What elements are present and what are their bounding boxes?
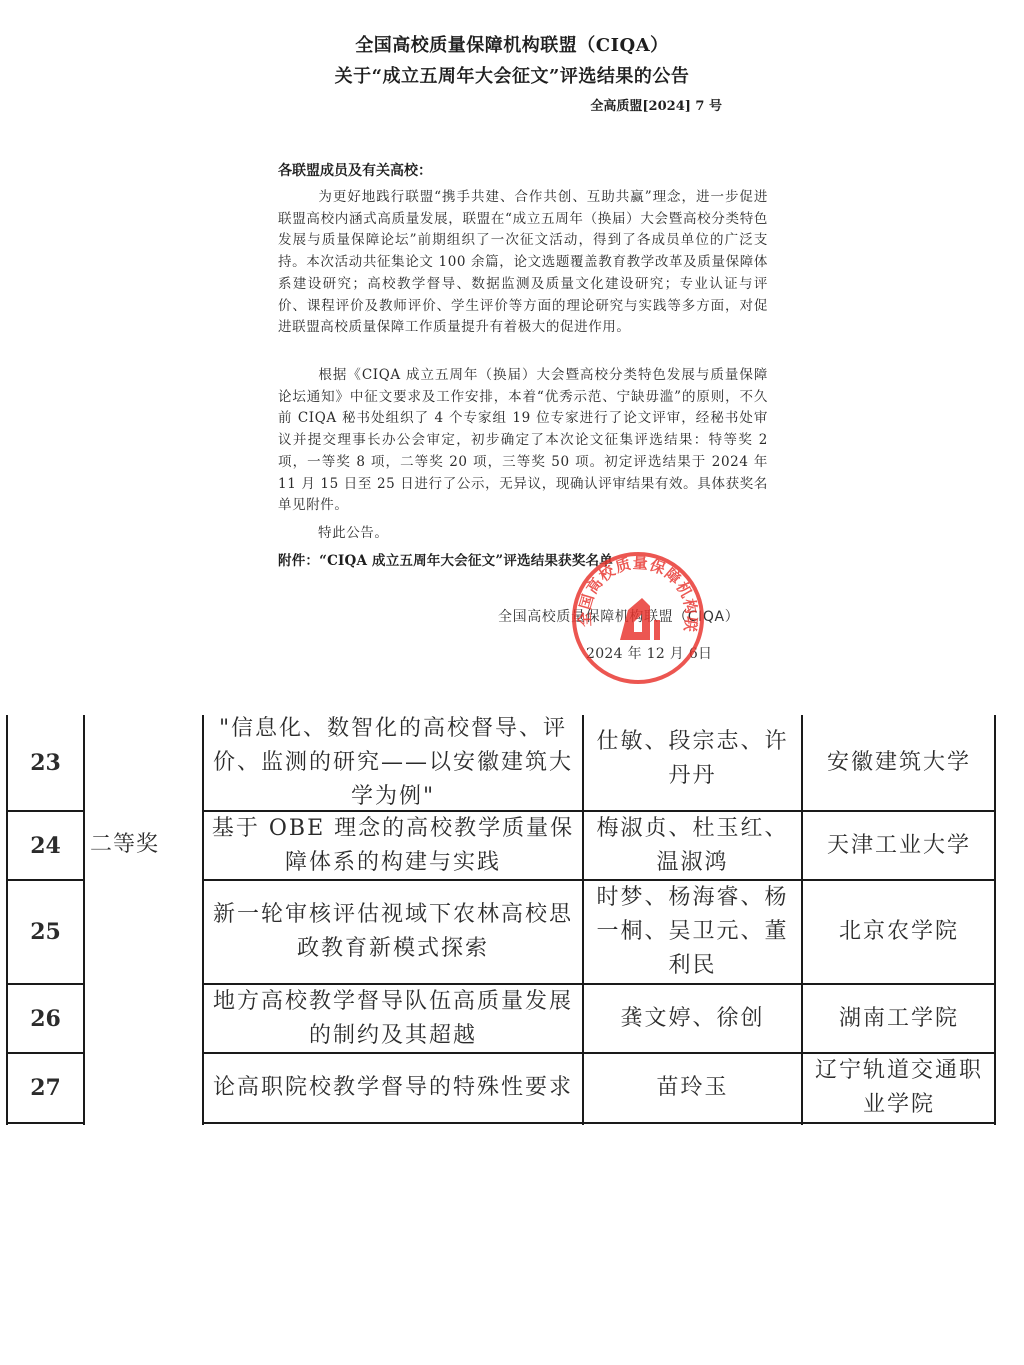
paper-title: 新一轮审核评估视域下农林高校思政教育新模式探索 [210, 881, 576, 983]
row-number: 25 [8, 881, 83, 983]
authors: 梅淑贞、杜玉红、温淑鸿 [590, 812, 795, 879]
paper-title: 地方高校教学督导队伍高质量发展的制约及其超越 [210, 985, 576, 1052]
table-col-divider [582, 715, 584, 1125]
institution: 安徽建筑大学 [805, 715, 993, 810]
table-col-divider [83, 715, 85, 1125]
table-border-bottom [202, 1122, 996, 1124]
table-col-divider [202, 715, 204, 1125]
authors: 龚文婷、徐创 [590, 985, 795, 1052]
paper-title: "信息化、数智化的高校督导、评价、监测的研究——以安徽建筑大学为例" [210, 715, 576, 810]
table-border-right [994, 715, 996, 1125]
institution: 湖南工学院 [805, 985, 993, 1052]
institution: 北京农学院 [805, 881, 993, 983]
official-seal-icon: 全国高校质量保障机构联盟 [570, 550, 706, 686]
row-number: 26 [8, 985, 83, 1052]
seal-text: 全国高校质量保障机构联盟 [570, 550, 700, 634]
row-number: 27 [8, 1054, 83, 1122]
table-col-divider [801, 715, 803, 1125]
institution: 辽宁轨道交通职业学院 [805, 1054, 993, 1122]
row-number: 23 [8, 715, 83, 810]
authors: 苗玲玉 [590, 1054, 795, 1122]
table-border-bottom [6, 1122, 85, 1124]
paper-title: 论高职院校教学督导的特殊性要求 [210, 1054, 576, 1122]
awards-table: 二等奖 23 "信息化、数智化的高校督导、评价、监测的研究——以安徽建筑大学为例… [0, 0, 1024, 1365]
row-number: 24 [8, 812, 83, 879]
svg-text:全国高校质量保障机构联盟: 全国高校质量保障机构联盟 [570, 550, 700, 634]
authors: 时梦、杨海睿、杨一桐、吴卫元、董利民 [590, 881, 795, 983]
paper-title: 基于 OBE 理念的高校教学质量保障体系的构建与实践 [210, 812, 576, 879]
award-category-cell: 二等奖 [86, 815, 202, 875]
authors: 仕敏、段宗志、许丹丹 [590, 715, 795, 810]
institution: 天津工业大学 [805, 812, 993, 879]
